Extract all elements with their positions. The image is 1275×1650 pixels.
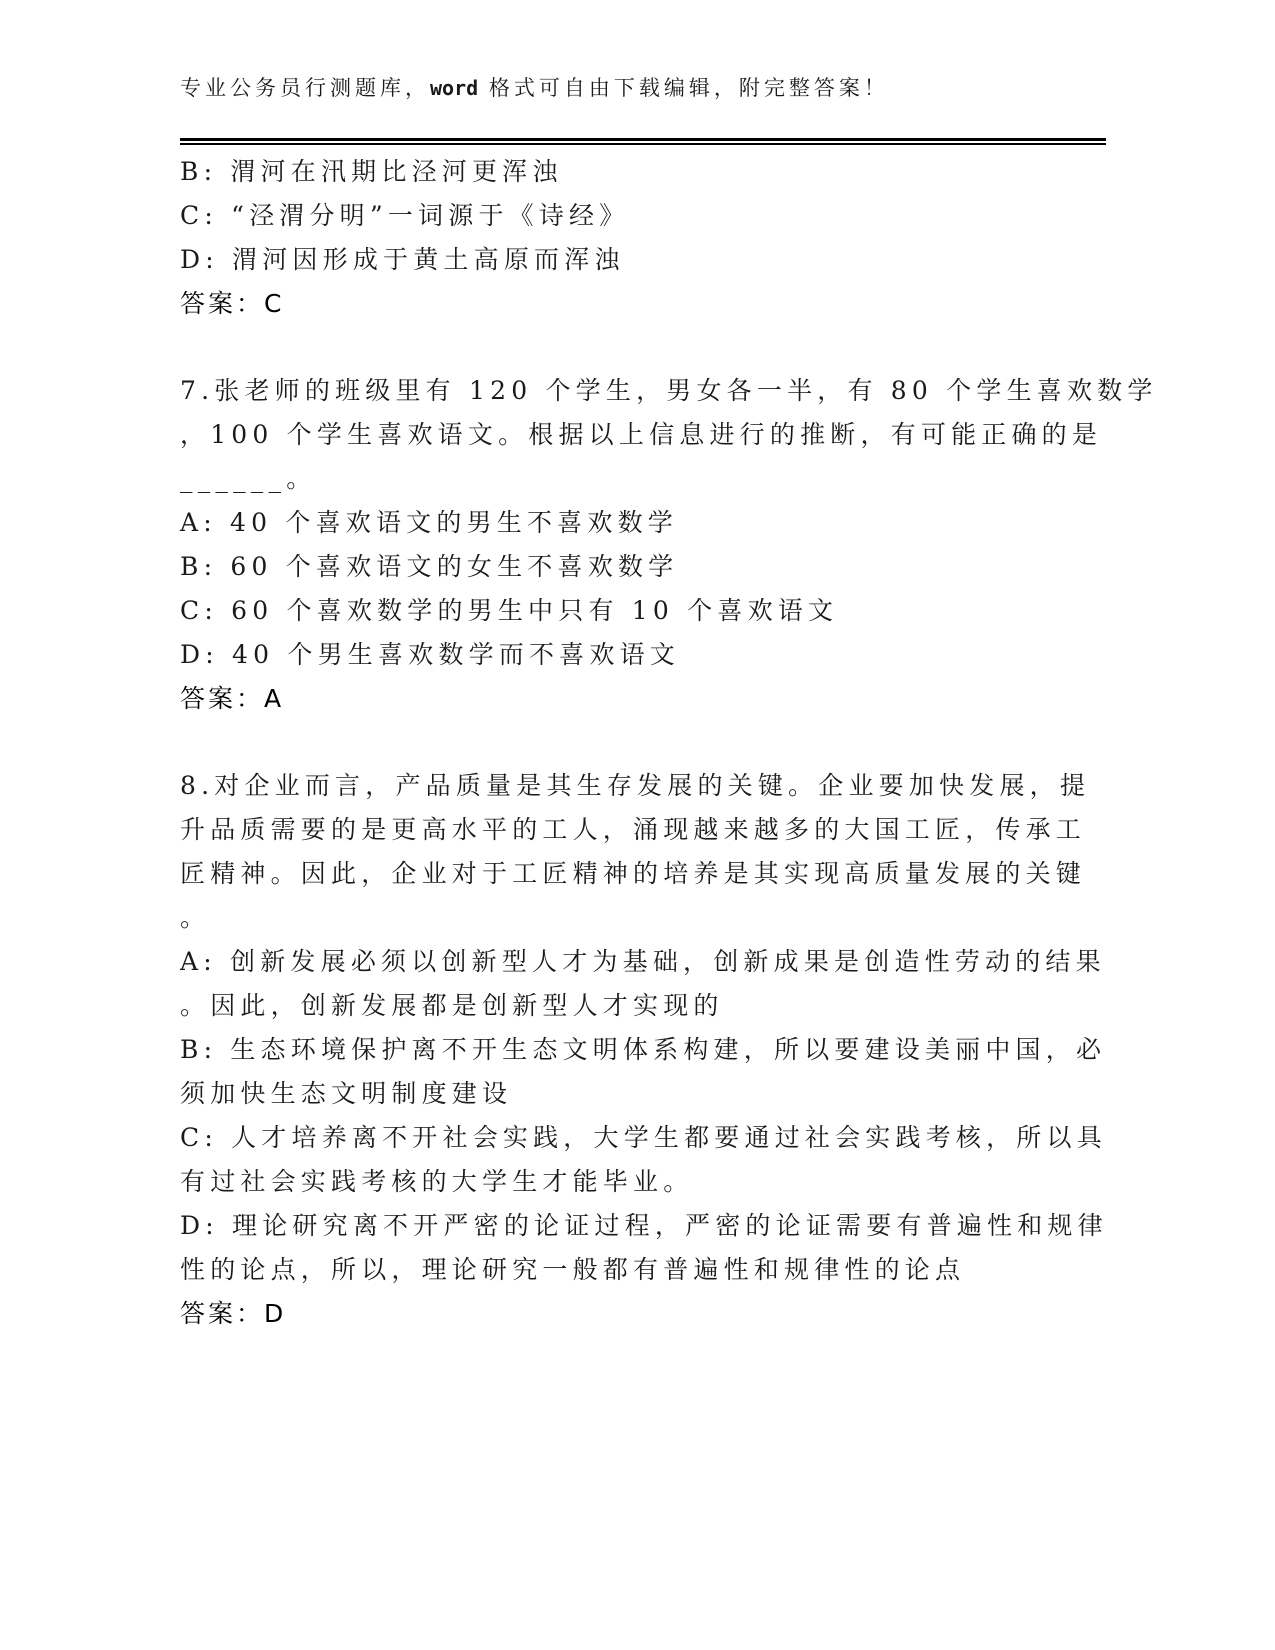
option-b-continued: 须加快生态文明制度建设 <box>180 1072 1040 1116</box>
question-stem-line: 升品质需要的是更高水平的工人，涌现越来越多的大国工匠，传承工 <box>180 808 1040 852</box>
option-c-continued: 有过社会实践考核的大学生才能毕业。 <box>180 1160 1040 1204</box>
option-a: A: 40 个喜欢语文的男生不喜欢数学 <box>180 501 1040 545</box>
answer-label: 答案：C <box>180 282 1040 326</box>
question-stem-line: 匠精神。因此，企业对于工匠精神的培养是其实现高质量发展的关键 <box>180 852 1040 896</box>
document-body: B: 渭河在汛期比泾河更浑浊 C: “泾渭分明”一词源于《诗经》 D: 渭河因形… <box>180 150 1040 1336</box>
question-7: 7.张老师的班级里有 120 个学生，男女各一半，有 80 个学生喜欢数学 ，1… <box>180 369 1040 721</box>
option-d-continued: 性的论点，所以，理论研究一般都有普遍性和规律性的论点 <box>180 1248 1040 1292</box>
option-d: D: 40 个男生喜欢数学而不喜欢语文 <box>180 633 1040 677</box>
header-rule-thick <box>180 138 1106 141</box>
header-text-prefix: 专业公务员行测题库， <box>180 76 430 100</box>
option-b: B: 渭河在汛期比泾河更浑浊 <box>180 150 1040 194</box>
option-c: C: 人才培养离不开社会实践，大学生都要通过社会实践考核，所以具 <box>180 1116 1040 1160</box>
page-header: 专业公务员行测题库，word 格式可自由下载编辑，附完整答案！ <box>180 74 889 102</box>
option-c: C: 60 个喜欢数学的男生中只有 10 个喜欢语文 <box>180 589 1040 633</box>
option-d: D: 渭河因形成于黄土高原而浑浊 <box>180 238 1040 282</box>
question-stem-line: 。 <box>180 896 1040 940</box>
question-stem-line: 8.对企业而言，产品质量是其生存发展的关键。企业要加快发展，提 <box>180 764 1040 808</box>
spacer <box>180 721 1040 764</box>
question-stem-blank: ______。 <box>180 457 1040 501</box>
option-a-continued: 。因此，创新发展都是创新型人才实现的 <box>180 984 1040 1028</box>
header-rule-thin <box>180 143 1106 145</box>
answer-label: 答案：A <box>180 677 1040 721</box>
option-c: C: “泾渭分明”一词源于《诗经》 <box>180 194 1040 238</box>
answer-label: 答案：D <box>180 1292 1040 1336</box>
header-double-rule <box>180 138 1106 147</box>
option-a: A: 创新发展必须以创新型人才为基础，创新成果是创造性劳动的结果 <box>180 940 1040 984</box>
question-stem-line: ，100 个学生喜欢语文。根据以上信息进行的推断，有可能正确的是 <box>180 413 1040 457</box>
question-6-continued: B: 渭河在汛期比泾河更浑浊 C: “泾渭分明”一词源于《诗经》 D: 渭河因形… <box>180 150 1040 326</box>
option-b: B: 60 个喜欢语文的女生不喜欢数学 <box>180 545 1040 589</box>
question-stem-line: 7.张老师的班级里有 120 个学生，男女各一半，有 80 个学生喜欢数学 <box>180 369 1040 413</box>
header-text-suffix: 格式可自由下载编辑，附完整答案！ <box>478 76 889 100</box>
question-8: 8.对企业而言，产品质量是其生存发展的关键。企业要加快发展，提 升品质需要的是更… <box>180 764 1040 1336</box>
header-text-word: word <box>430 76 478 100</box>
spacer <box>180 326 1040 369</box>
option-b: B: 生态环境保护离不开生态文明体系构建，所以要建设美丽中国，必 <box>180 1028 1040 1072</box>
option-d: D: 理论研究离不开严密的论证过程，严密的论证需要有普遍性和规律 <box>180 1204 1040 1248</box>
